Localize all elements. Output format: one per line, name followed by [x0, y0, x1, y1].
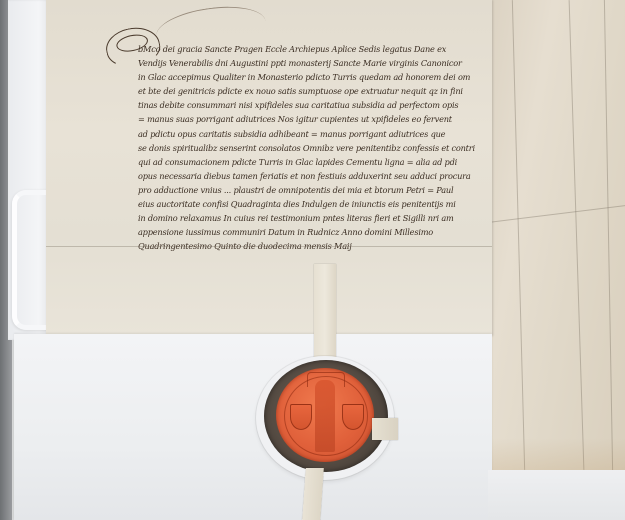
text-line: in Glac accepimus Qualiter in Monasterio… [138, 70, 490, 84]
text-line: qui ad consumacionem pdicte Turris in Gl… [138, 155, 490, 169]
text-line: = manus suas porrigant adiutrices Nos ig… [138, 112, 490, 126]
text-line: opus necessaria diebus tamen feriatis et… [138, 169, 490, 183]
text-line: in domino relaxamus In cuius rei testimo… [138, 211, 490, 225]
text-line: tinas debite consummari nisi xpifideles … [138, 98, 490, 112]
text-line: bMco dei gracia Sancte Pragen Eccle Arch… [138, 42, 490, 56]
fold-crease [512, 0, 525, 470]
seal-standing-figure [315, 380, 335, 452]
photo-scene: bMco dei gracia Sancte Pragen Eccle Arch… [0, 0, 625, 520]
adjacent-parchment-sheet [488, 0, 625, 478]
seal-shield-left [290, 404, 312, 430]
seal-tag-upper [314, 264, 336, 370]
text-line: eius auctoritate confisi Quadraginta die… [138, 197, 490, 211]
fold-crease [488, 205, 625, 223]
text-line: ad pdictu opus caritatis subsidia adhibe… [138, 127, 490, 141]
mount-board-bottom-right [488, 470, 625, 520]
fold-crease [604, 0, 613, 470]
seal-tag-lower [302, 468, 324, 520]
text-line: se donis spiritualibz senserint consolat… [138, 141, 490, 155]
fold-crease [569, 0, 585, 470]
text-line: et bte dei genitricis pdicte ex nouo sat… [138, 84, 490, 98]
text-line: Vendijs Venerabilis dni Augustini ppti m… [138, 56, 490, 70]
plica-fold [46, 246, 492, 247]
mount-board-bottom [14, 334, 492, 520]
charter-text: bMco dei gracia Sancte Pragen Eccle Arch… [138, 42, 490, 253]
charter-parchment: bMco dei gracia Sancte Pragen Eccle Arch… [46, 0, 492, 336]
seal-shield-right [342, 404, 364, 430]
text-line: pro adductione vnius ... plaustri de omn… [138, 183, 490, 197]
seal-tag-right [372, 418, 398, 440]
text-line: appensione iussimus communiri Datum in R… [138, 225, 490, 239]
